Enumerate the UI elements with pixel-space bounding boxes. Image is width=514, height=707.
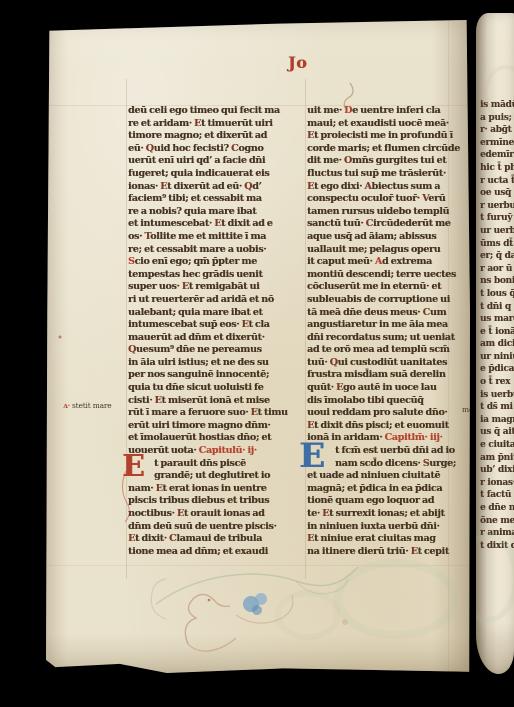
body-text: t timuerūt uiri [201,118,273,129]
facing-page-text-line: ur niniu [480,351,514,364]
touched-capital: E [182,281,189,292]
facing-page-text-line: r· abḡt r [480,124,514,137]
body-text: t erat ionas in uentre [163,483,267,494]
body-text: frustra misd̄iam suā derelin [307,369,445,380]
flower-sketch [255,593,267,605]
vine-sketch [296,579,348,594]
body-text: tionē quam ego loquor ad [307,495,434,506]
body-text: sanctū tuū· [307,218,366,229]
body-text: ualebant; quia mare ibat et [128,307,263,318]
body-text: re et aridam· [128,118,194,129]
body-text: aque usq̄ ad āiam; abissus [307,231,436,242]
body-text: eū· [128,143,146,154]
facing-page-text-line: r anima [480,527,514,540]
text-column-left: deū celi ego timeo qui fecit mare et ari… [128,105,305,558]
body-text: erūt uiri timore magno dn̄m· [128,420,270,431]
facing-page-text-line: r ucta t̄ [480,175,514,188]
body-text: rūt ī mare a feruore suo· [128,407,251,418]
text-line: uit me· De uentre inferi cla [307,105,468,118]
dragon-sketch [188,638,236,651]
touched-capital: C [423,307,430,318]
body-text: na itinere dierū triū· [307,546,411,557]
text-line: cisti· Et miserūt ionā et mise [128,395,305,408]
body-text: t cepit [418,546,449,557]
body-text: cisti· [128,395,155,406]
body-text: subleuabis de corruptione ui [307,294,450,305]
touched-capital: E [411,546,418,557]
text-line: per nos sanguinē innocentē; [128,369,305,382]
body-text: re; et cessabit mare a uobis· [128,244,266,255]
facing-page-text-line: is uerbū [480,389,514,402]
body-text: t dixit dn̄s pisci; et euomuit [314,420,449,431]
illuminated-initial: E [122,454,145,480]
rubric-text: D [344,105,352,116]
touched-capital: E [307,420,314,431]
body-text: timore magno; et dixerūt ad [128,130,267,141]
touched-capital: E [336,382,343,393]
text-line: uerūt enī uiri qd’ a facie dn̄i [128,155,305,168]
text-line: tione mea ad dn̄m; et exaudi [128,546,305,559]
text-line: Et ego dixi· Abiectus sum a [307,181,468,194]
ruling-line [305,79,306,579]
body-text: piscis tribus diebus et tribus [128,495,269,506]
text-line: te· Et surrexit ionas; et abijt [307,508,468,521]
body-text: ogno [238,143,263,154]
body-text: lamaui de tribula [176,533,262,544]
facing-page-text-line: t furuȳ l [480,212,514,225]
touched-capital: E [177,508,184,519]
body-text: dit me· [307,155,344,166]
body-text: ui custodiūt uanitates [338,357,447,368]
body-text: uit me· [307,105,344,116]
facing-page-text-line: ub’ dixit [480,464,514,477]
text-line: nam· Et erat ionas in uentre [128,483,305,496]
ruling-line [46,565,470,566]
text-line: rūt ī mare a feruore suo· Et timu [128,407,305,420]
facing-page-text-line: t lous q̄ [480,288,514,301]
text-line: it caput meū· Ad extrema [307,256,468,269]
text-line: ri ut reuerterēr ad aridā et nō [128,294,305,307]
body-text: noctibus· [128,508,177,519]
touched-capital: Q [330,357,338,368]
text-line: dit me· Omn̄s gurgites tui et [307,155,468,168]
body-text: t remigabāt ui [189,281,260,292]
text-line: tionē quam ego loquor ad [307,495,468,508]
text-line: faciem⁹ tibi; et cessabit ma [128,193,305,206]
body-text: uid hoc fecisti? [154,143,231,154]
facing-page-text-line: o t̄ rex [480,376,514,389]
body-text: faciem⁹ tibi; et cessabit ma [128,193,262,204]
text-line: angustiaretur in me āia mea [307,319,468,332]
body-text: deū celi ego timeo qui fecit ma [128,105,280,116]
facing-page-text-line: t ds̄ mi [480,401,514,414]
body-text: t dixerūt ad eū· [167,181,244,192]
text-line: Et dixit dn̄s pisci; et euomuit [307,420,468,433]
vine-sketch [151,579,166,619]
body-text: t niniue erat ciuitas mag [314,533,436,544]
text-line: quia tu dn̄e sicut uoluisti fe [128,382,305,395]
body-text: re a nobis? quia mare ibat [128,206,256,217]
body-text: uallauit me; pelagus operu [307,244,440,255]
touched-capital: Q [128,344,136,355]
text-line: corde maris; et flumen circūde [307,143,468,156]
text-line: ionā in aridam· Capitlm̄· iij· [307,432,468,445]
text-line: uallauit me; pelagus operu [307,244,468,257]
facing-page-text-line: ia magn [480,414,514,427]
facing-page-text-line: r aor ū [480,263,514,276]
text-line: t parauit dn̄s piscē [128,458,305,471]
touched-capital: Q [146,143,154,154]
text-line: fluctus tui sup̄ me trāsierūt· [307,168,468,181]
text-line: subleuabis de corruptione ui [307,294,468,307]
touched-capital: E [307,533,314,544]
text-line: os· Tollite me et mittite ī ma [128,231,305,244]
text-line: eū· Quid hoc fecisti? Cogno [128,143,305,156]
text-line: re; et cessabit mare a uobis· [128,244,305,257]
text-line: nam scd̄o dicens· Surge; [307,458,468,471]
body-text: urge; [429,458,456,469]
body-text: t orauit ionas ad [184,508,265,519]
body-text: cōcluserūt me in eternū· et [307,281,441,292]
text-line: in āia uiri istius; et ne des su [128,357,305,370]
text-line: ualebant; quia mare ibat et [128,307,305,320]
text-line: grandē; ut deglutiret io [128,470,305,483]
body-text: go autē in uoce lau [343,382,437,393]
body-text: ri ut reuerterēr ad aridā et nō [128,294,274,305]
body-text: ircūdederūt me [373,218,451,229]
body-text: t ego dixi· [314,181,364,192]
body-text: t parauit dn̄s piscē [154,458,246,469]
body-text: t cla [249,319,270,330]
body-text: quūt· [307,382,336,393]
text-line: dn̄i recordatus sum; ut ueniat [307,332,468,345]
body-text: ollite me et mittite ī ma [150,231,266,242]
dragon-eye [208,599,211,602]
text-line: cōcluserūt me in eternū· et [307,281,468,294]
body-text: t dixit· [135,533,169,544]
body-text: quia tu dn̄e sicut uoluisti fe [128,382,263,393]
body-text: t miserūt ionā et mise [161,395,269,406]
text-line: montiū descendi; terre uectes [307,269,468,282]
facing-page-text-line: am dicit [480,338,514,351]
body-text: ad te orō mea ad templū scm̄ [307,344,450,355]
text-line: erūt uiri timore magno dn̄m· [128,420,305,433]
facing-page-text-line: t factū [480,489,514,502]
text-line: timore magno; et dixerūt ad [128,130,305,143]
text-line: maui; et exaudisti uocē meā· [307,118,468,131]
text-line: piscis tribus diebus et tribus [128,495,305,508]
touched-capital: E [128,533,135,544]
text-line: re a nobis? quia mare ibat [128,206,305,219]
text-line: Et dixit· Clamaui de tribula [128,533,305,546]
body-text: t dixit ad e [221,218,272,229]
body-text: corde maris; et flumen circūde [307,143,460,154]
text-line: re et aridam· Et timuerūt uiri [128,118,305,131]
facing-page-text-line: e p̄dicat [480,363,514,376]
body-text: angustiaretur in me āia mea [307,319,448,330]
body-text: t proiecisti me in profundū ī [314,130,453,141]
rubric-text: Capitlm̄· iij· [385,432,443,443]
facing-page-text-line: a puis; q [480,112,514,125]
text-line: dis īmolabo tibi quecūq̄ [307,395,468,408]
body-text: maui; et exaudisti uocē meā· [307,118,449,129]
facing-page-text-line: r ionas· [480,477,514,490]
text-line: et īmolauerūt hostias dn̄o; et [128,432,305,445]
text-line: conspectu oculor̄ tuor̄· Verū [307,193,468,206]
dragon-sketch [185,594,230,644]
text-line: mauerūt ad dn̄m et dixerūt· [128,332,305,345]
body-text: t surrexit ionas; et abijt [329,508,444,519]
text-line: uouerūt uota· Capitulū· ij· [128,445,305,458]
body-text: it caput meū· [307,256,375,267]
facing-page-text-line: t dixit d [480,540,514,553]
touched-capital: E [251,407,258,418]
text-line: frustra misd̄iam suā derelin [307,369,468,382]
marginal-note-text: stetit mare [72,401,112,410]
facing-page-text-line: ns bonis i [480,275,514,288]
touched-capital: E [307,181,314,192]
body-text: intumescebat sup̄ eos· [128,319,242,330]
body-text: tempestas hec grādis uenit [128,269,263,280]
body-text: e uentre inferi cla [352,105,440,116]
text-line: in niniuen iuxta uerbū dn̄i· [307,521,468,534]
text-line: deū celi ego timeo qui fecit ma [128,105,305,118]
body-text: biectus sum a [371,181,440,192]
flower-sketch [252,605,262,615]
body-text: per nos sanguinē innocentē; [128,369,269,380]
facing-page-text-line: er; q̄ dam [480,250,514,263]
body-text: uerūt enī uiri qd’ a facie dn̄i [128,155,265,166]
touched-capital: C [366,218,373,229]
body-text: et uade ad niniuen ciuitatē [307,470,440,481]
rubric-text: Capitulū· ij· [199,445,257,456]
body-text: super uos· [128,281,182,292]
ruling-line [126,79,127,579]
touched-capital: E [194,118,201,129]
body-text: cio enī ego; qm̄ p̄pter me [135,256,257,267]
facing-page-text-line: e t̄ ionā [480,326,514,339]
rubric-text: S [128,256,135,267]
body-text: tione mea ad dn̄m; et exaudi [128,546,268,557]
text-line: sanctū tuū· Circūdederūt me [307,218,468,231]
touched-capital: Q [244,181,252,192]
text-line: ionas· Et dixerūt ad eū· Qd’ [128,181,305,194]
body-text: uoui reddam pro salute dn̄o· [307,407,447,418]
body-text: montiū descendi; terre uectes [307,269,456,280]
text-line: tamen rursus uidebo templū [307,206,468,219]
body-text: mauerūt ad dn̄m et dixerūt· [128,332,265,343]
body-text: grandē; ut deglutiret io [154,470,270,481]
facing-page-text-line: ūms dt̄ [480,238,514,251]
text-line: noctibus· Et orauit ionas ad [128,508,305,521]
facing-page-text-line: us q̄ ait [480,426,514,439]
text-line: uoui reddam pro salute dn̄o· [307,407,468,420]
body-text: et īmolauerūt hostias dn̄o; et [128,432,271,443]
body-text: fugeret; quia indicauerat eis [128,168,269,179]
facing-page-text-line: t dn̄i q [480,301,514,314]
text-line: fugeret; quia indicauerat eis [128,168,305,181]
text-line: et uade ad niniuen ciuitatē [307,470,468,483]
facing-page-edge: is mādūra puis; qr· abḡt rermīneedemīr u… [476,13,514,674]
body-text: uesum⁹ dn̄e ne pereamus [136,344,262,355]
touched-capital: E [307,130,314,141]
facing-page-text-line: ermīne [480,137,514,150]
touched-capital: E [242,319,249,330]
rubric-text: A [375,256,382,267]
facing-page-text-line: ōne mel [480,515,514,528]
dragon-sketch [236,595,293,623]
body-text: nam· [128,483,156,494]
flower-sketch [243,596,259,612]
facing-page-text-line: us mare· [480,313,514,326]
facing-page-text-line: ur uerbū [480,225,514,238]
text-line: tā meā dn̄e deus meus· Cum [307,307,468,320]
text-line: aque usq̄ ad āiam; abissus [307,231,468,244]
body-text: ionas· [128,181,160,192]
text-line: super uos· Et remigabāt ui [128,281,305,294]
text-line: Scio enī ego; qm̄ p̄pter me [128,256,305,269]
body-text: dn̄m deū suū de uentre piscis· [128,521,276,532]
text-line: quūt· Ego autē in uoce lau [307,382,468,395]
body-text: te· [307,508,322,519]
body-text: os· [128,231,144,242]
body-text: magnā; et p̄dica in ea p̄dica [307,483,442,494]
body-text: mn̄s gurgites tui et [352,155,446,166]
text-line: tempestas hec grādis uenit [128,269,305,282]
marginal-correction-left: ʌ·stetit mare [63,401,112,410]
text-line: ad te orō mea ad templū scm̄ [307,344,468,357]
vine-sketch [156,567,358,604]
body-text: dn̄i recordatus sum; ut ueniat [307,332,455,343]
body-text: tā meā dn̄e deus meus· [307,307,423,318]
facing-page-text-line: e ciuitas [480,439,514,452]
photograph-black-background: { "description": "Photograph of a mediev… [0,0,514,707]
ink-speck [59,336,62,339]
text-line: et intumescebat· Et dixit ad e [128,218,305,231]
body-text: t fcm̄ est uerbū dn̄i ad io [335,445,455,456]
facing-page-text-line: r uerbum [480,200,514,213]
show-through-ornament [278,593,338,637]
body-text: conspectu oculor̄ tuor̄· [307,193,422,204]
facing-page-text-line: hic t̄ phū [480,162,514,175]
facing-page-text-line: edemīr u [480,149,514,162]
body-text: in āia uiri istius; et ne des su [128,357,269,368]
text-line: t fcm̄ est uerbū dn̄i ad io [307,445,468,458]
facing-page-text-line: is mādūr [480,99,514,112]
touched-capital: O [344,155,352,166]
touched-capital: E [156,483,163,494]
text-column-right: uit me· De uentre inferi clamaui; et exa… [307,105,468,558]
running-title: Jo [288,53,307,72]
text-line: na itinere dierū triū· Et cepit [307,546,468,559]
stain-spot [342,619,348,625]
body-text: dis īmolabo tibi quecūq̄ [307,395,424,406]
body-text: um [430,307,446,318]
manuscript-page: Jo deū celi ego timeo qui fecit mare et … [46,19,470,673]
body-text: et intumescebat· [128,218,214,229]
text-line: dn̄m deū suū de uentre piscis· [128,521,305,534]
body-text: tamen rursus uidebo templū [307,206,449,217]
facing-page-text-line: am p̄nitē [480,452,514,465]
body-text: nam scd̄o dicens· [335,458,423,469]
body-text: d extrema [382,256,432,267]
text-line: intumescebat sup̄ eos· Et cla [128,319,305,332]
text-line: tuū· Qui custodiūt uanitates [307,357,468,370]
illuminated-initial: E [299,441,325,471]
body-text: in niniuen iuxta uerbū dn̄i· [307,521,440,532]
body-text: d’ [252,181,261,192]
text-line: Et niniue erat ciuitas mag [307,533,468,546]
facing-page-text-line: oe usq̄ ad [480,187,514,200]
insertion-caret-mark: ʌ· [63,401,70,410]
text-line: magnā; et p̄dica in ea p̄dica [307,483,468,496]
body-text: t timu [258,407,288,418]
facing-page-partial-text: is mādūra puis; qr· abḡt rermīneedemīr u… [480,99,514,552]
show-through-ornament [338,563,454,635]
body-text: erū [428,193,445,204]
text-line: Quesum⁹ dn̄e ne pereamus [128,344,305,357]
facing-page-text-line: e dn̄e n [480,502,514,515]
body-text: tuū· [307,357,330,368]
body-text: fluctus tui sup̄ me trāsierūt· [307,168,446,179]
text-line: Et proiecisti me in profundū ī [307,130,468,143]
